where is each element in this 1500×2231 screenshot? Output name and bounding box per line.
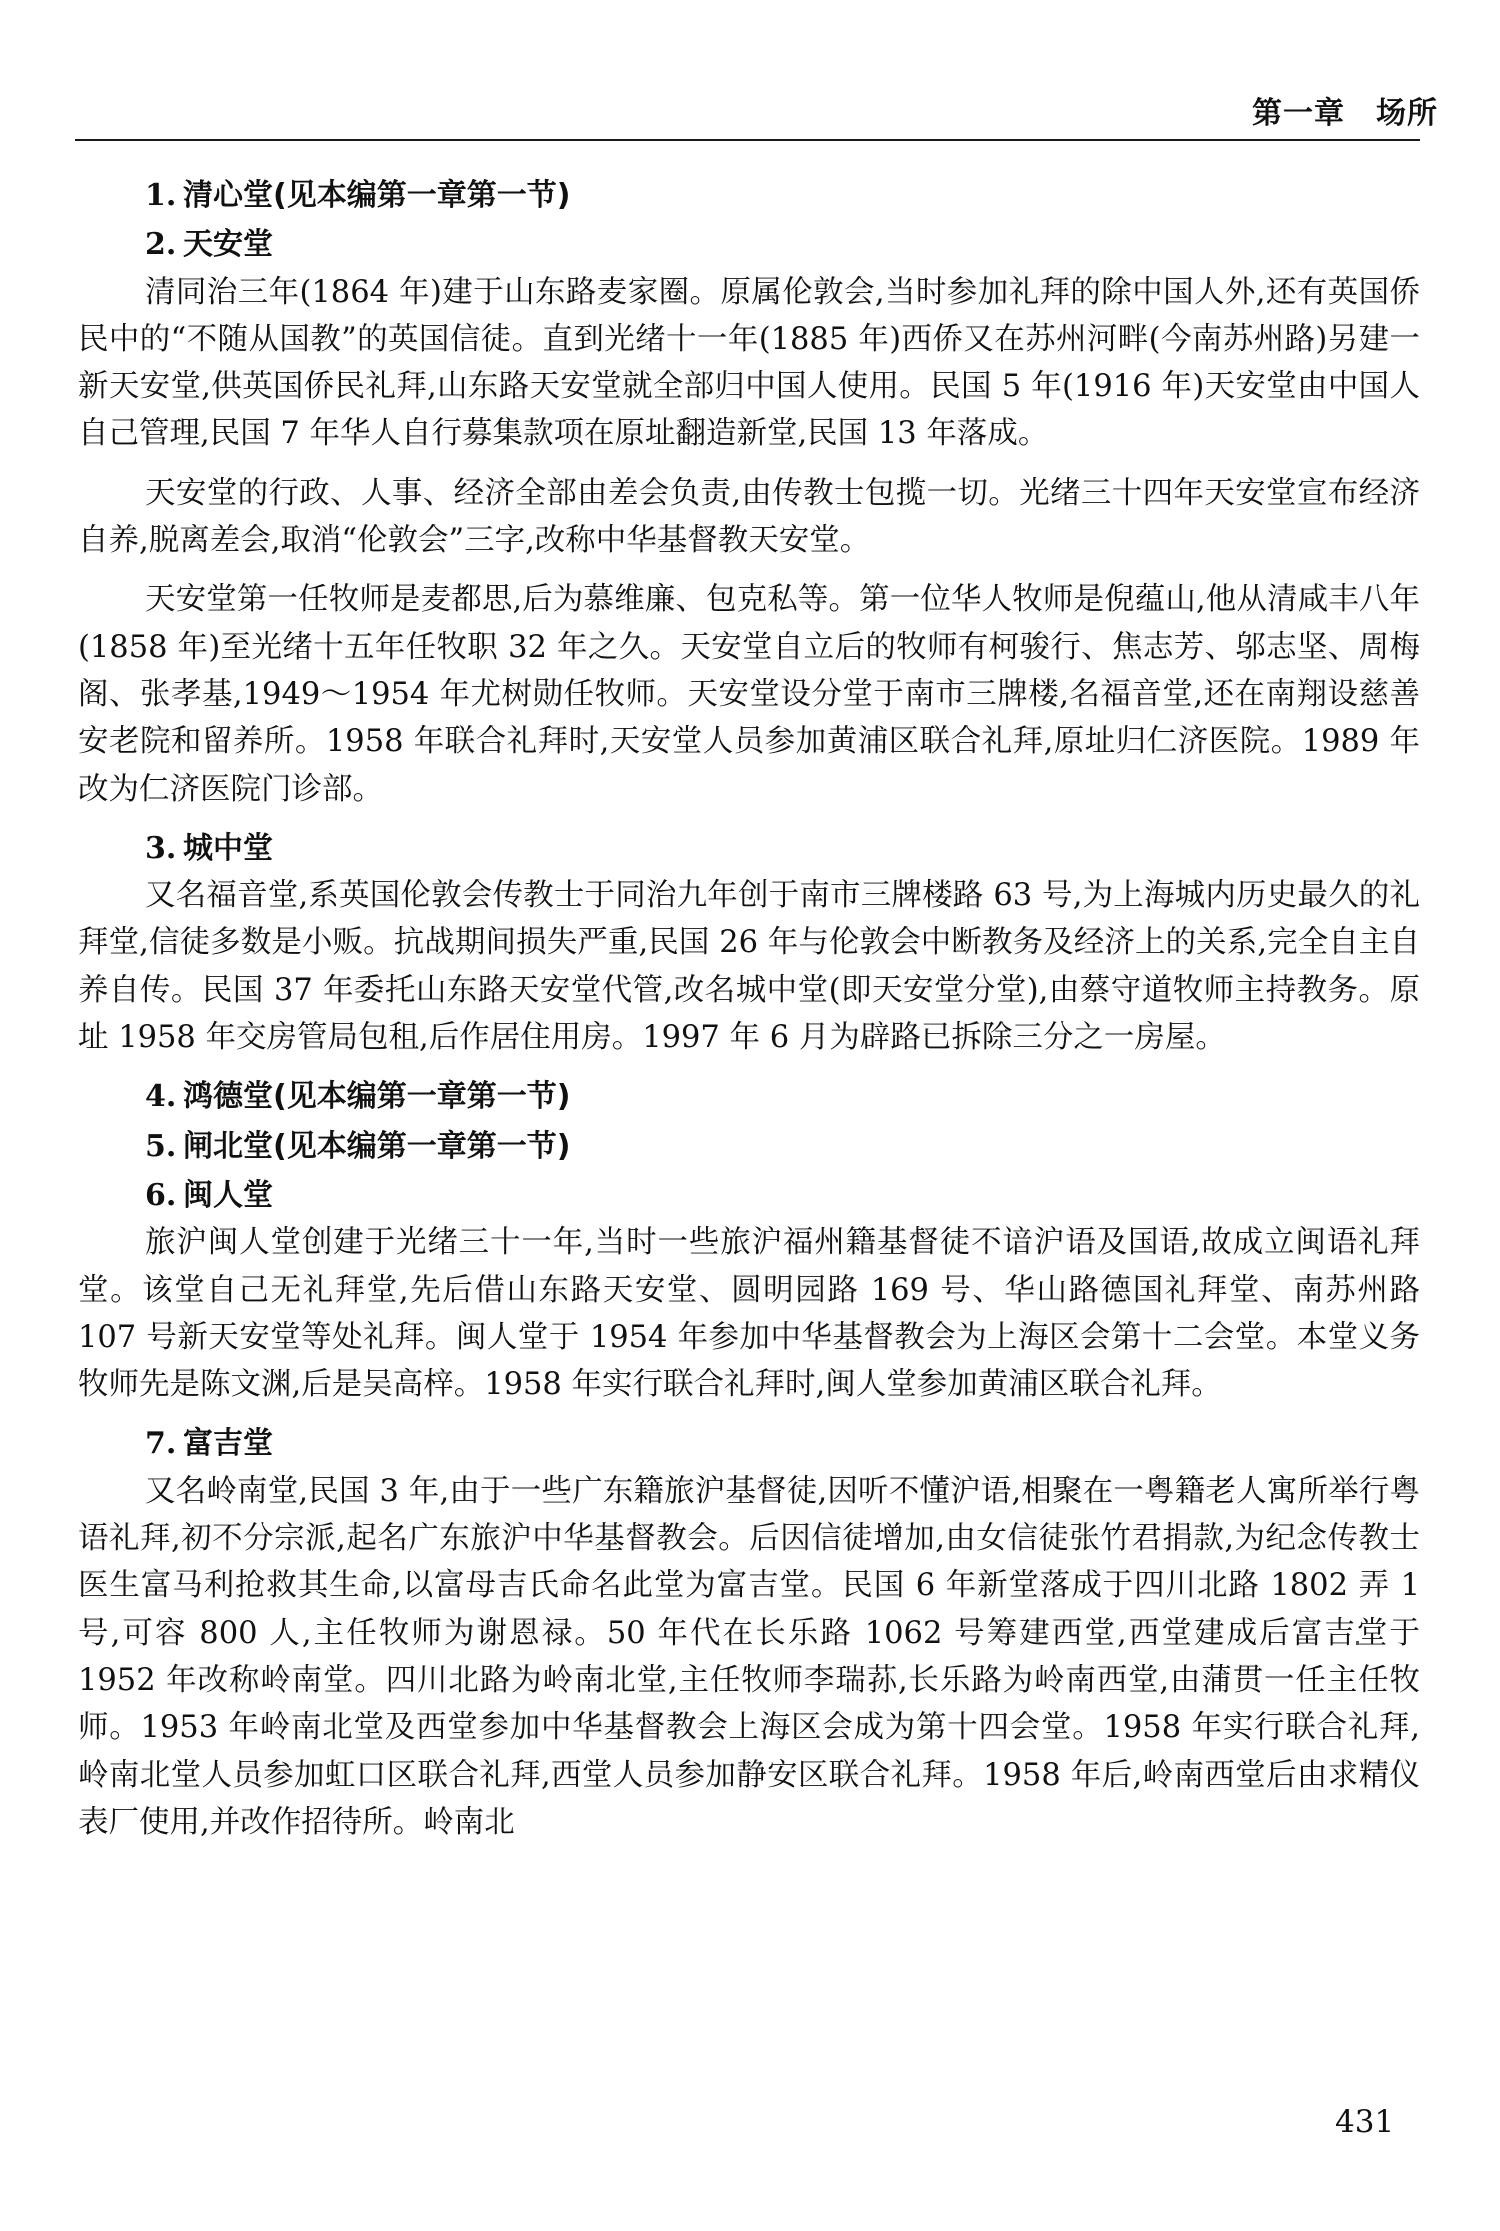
scan-speck [1356,1641,1359,1645]
header-rule [75,139,1420,141]
section-heading-1: 1.清心堂(见本编第一章第一节) [78,172,1420,219]
section-title: 鸿德堂(见本编第一章第一节) [183,1079,570,1114]
section-number: 1. [145,172,183,219]
section-heading-3: 3.城中堂 [78,825,1420,872]
section-heading-7: 7.富吉堂 [78,1420,1420,1467]
section-title: 富吉堂 [183,1426,273,1461]
section-heading-4: 4.鸿德堂(见本编第一章第一节) [78,1073,1420,1120]
section-number: 2. [145,221,183,268]
section-title: 闽人堂 [183,1178,273,1213]
paragraph: 清同治三年(1864 年)建于山东路麦家圈。原属伦敦会,当时参加礼拜的除中国人外… [78,269,1420,458]
section-number: 4. [145,1073,183,1120]
paragraph: 又名岭南堂,民国 3 年,由于一些广东籍旅沪基督徒,因听不懂沪语,相聚在一粤籍老… [78,1468,1420,1846]
running-head: 第一章 场所 [1252,88,1438,132]
section-title: 清心堂(见本编第一章第一节) [183,178,570,213]
page-number: 431 [1335,2104,1394,2140]
paragraph: 旅沪闽人堂创建于光绪三十一年,当时一些旅沪福州籍基督徒不谙沪语及国语,故成立闽语… [78,1219,1420,1408]
paragraph: 天安堂的行政、人事、经济全部由差会负责,由传教士包揽一切。光绪三十四年天安堂宣布… [78,470,1420,565]
section-heading-5: 5.闸北堂(见本编第一章第一节) [78,1123,1420,1170]
section-heading-6: 6.闽人堂 [78,1172,1420,1219]
paragraph: 又名福音堂,系英国伦敦会传教士于同治九年创于南市三牌楼路 63 号,为上海城内历… [78,872,1420,1061]
section-title: 闸北堂(见本编第一章第一节) [183,1129,570,1164]
section-number: 3. [145,825,183,872]
section-title: 城中堂 [183,831,273,866]
section-number: 7. [145,1420,183,1467]
paragraph: 天安堂第一任牧师是麦都思,后为慕维廉、包克私等。第一位华人牧师是倪蕴山,他从清咸… [78,576,1420,812]
page-body: 1.清心堂(见本编第一章第一节) 2.天安堂 清同治三年(1864 年)建于山东… [78,172,1420,1846]
section-number: 5. [145,1123,183,1170]
section-title: 天安堂 [183,227,273,262]
section-heading-2: 2.天安堂 [78,221,1420,268]
section-number: 6. [145,1172,183,1219]
